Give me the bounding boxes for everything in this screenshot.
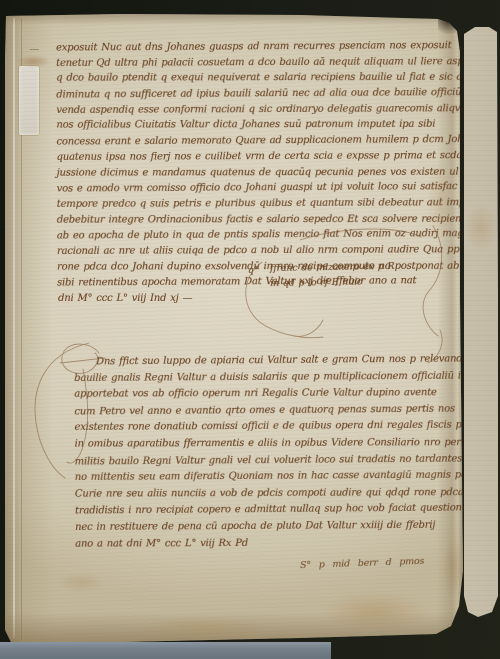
repair-patch (19, 66, 39, 135)
manuscript-line: bauilie gnalis Regni Valtur a duisis sal… (74, 370, 500, 389)
pen-flourishes (0, 0, 500, 659)
manuscript-line: jussione dicimus e mandamus quatenus de … (57, 166, 500, 183)
text-block-1: exposuit Nuc aut dns Johanes guasps ad n… (56, 40, 500, 293)
folio-edge-stain (464, 205, 498, 251)
manuscript-line: ano a nat dni M° ccc L° viij Rx Pd (75, 536, 500, 554)
manuscript-line: vos e amodo vrm comisso officio dco Joha… (57, 181, 500, 199)
initial-flourish-curve (35, 343, 89, 478)
stain (140, 616, 270, 642)
text-block-2: Dns ffict suo luppo de apiaria cui Valtu… (74, 353, 500, 555)
marginal-note: ffranc de mizanero ex p R in qd p lo rf … (270, 259, 395, 291)
note-flourish-extra (428, 330, 442, 363)
manuscript-line: Curie nre seu aliis nunciis a vob de pdc… (75, 487, 500, 505)
manuscript-line: sibi retinentibus apocha memoratam Dat V… (57, 275, 500, 293)
manuscript-line: rone pdca dco Johani dupino exsolvendū i… (57, 260, 500, 277)
burned-corner (438, 13, 466, 35)
stain (58, 572, 106, 592)
gutter-crease-line (21, 18, 22, 640)
marginal-note-line: ffranc de mizanero ex p R (270, 259, 395, 276)
note-flourish-tail (294, 320, 323, 336)
manuscript-line: debebitur integre Ordinacionibus factis … (57, 213, 500, 230)
manuscript-line: q dco bauilo ptendit q exequi nequiverat… (56, 72, 500, 89)
marginal-note-line: in qd p lo rf E huic (270, 274, 395, 291)
manuscript-line: concessa erant e salario memorato Quare … (56, 134, 500, 152)
manuscript-line: exposuit Nuc aut dns Johanes guasps ad n… (56, 40, 500, 58)
margin-mark (30, 49, 39, 50)
gutter-crease-highlight (13, 18, 15, 638)
initial-descender (67, 369, 88, 463)
note-flourish-left-arc (246, 262, 323, 338)
page-top-edge-shade (5, 13, 461, 25)
manuscript-line: ab eo apocha de pluto in qua de pntis sp… (57, 228, 500, 246)
manuscript-line: quatenus ipsa nos fierj nos e cuilibet v… (56, 150, 500, 168)
manuscript-line: tempore predco q suis petris e pluribus … (57, 197, 500, 215)
stain (426, 158, 454, 242)
page-main: exposuit Nuc aut dns Johanes guasps ad n… (0, 0, 500, 659)
manuscript-line: racionali ac nre ut aliis cuiqa de pdco … (57, 244, 500, 262)
signature-note: S° p mid berr d pmos (300, 556, 424, 571)
manuscript-line: cum Petro vel anno e avantio qrto omes e… (74, 403, 500, 423)
manuscript-line: diminuta q no sufficeret ad ipius bauili… (56, 87, 500, 105)
note-flourish-top-arc (300, 229, 421, 240)
manuscript-line: tradidistis i nro recipiat copero e admi… (75, 502, 500, 522)
manuscript-photo: exposuit Nuc aut dns Johanes guasps ad n… (0, 0, 500, 659)
dateline: dni M° ccc L° viij Ind xj — (58, 293, 192, 304)
table-surface (0, 642, 331, 659)
page-right-edge-shade (437, 18, 463, 634)
manuscript-line: nec in restituere de pena cū apocha de p… (75, 519, 500, 538)
binding-gutter-shade (5, 14, 53, 644)
manuscript-line: tenetur Qd ultra phi palacii cosuetam a … (56, 56, 500, 74)
manuscript-line: Dns ffict suo luppo de apiaria cui Valtu… (96, 353, 500, 373)
page-bottom-edge-shade (5, 612, 463, 644)
manuscript-line: no mittentis seu eam diferatis Quoniam n… (75, 469, 500, 488)
initial-crossbar (60, 358, 105, 363)
manuscript-line: apportebat vos ab officio operum nri Reg… (74, 387, 500, 405)
manuscript-line: in omibus aparatibus fferramentis e alii… (75, 437, 500, 455)
marginal-note-sign: q° (248, 266, 258, 276)
stain (443, 536, 463, 600)
stain (15, 55, 51, 68)
manuscript-line: nos officialibus Ciuitatis Valtur dicta … (56, 119, 500, 136)
manuscript-line: venda aspendiq esse conformi racioni q s… (56, 103, 500, 121)
initial-letter-head (62, 344, 99, 373)
manuscript-line: militis bauilo Regni Valtur gnali vel cu… (75, 452, 500, 472)
stain (320, 592, 430, 632)
note-flourish-right-swash (423, 226, 442, 336)
manuscript-line: existentes rone donatiub comissi officii… (74, 420, 500, 439)
